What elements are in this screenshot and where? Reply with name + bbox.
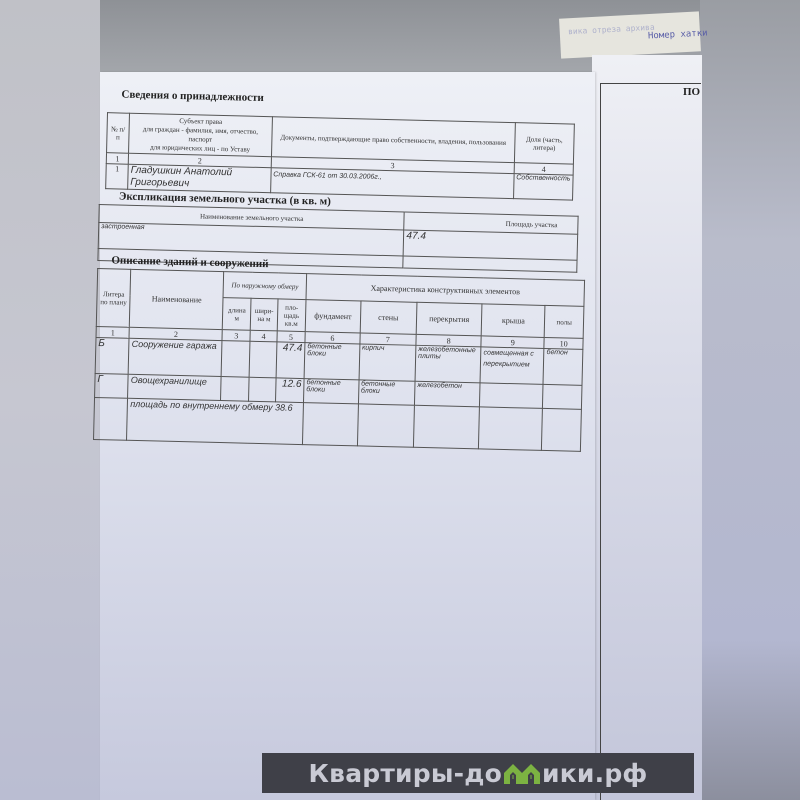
- header-floors-between: перекрытия: [416, 302, 482, 336]
- colnum: 4: [250, 330, 277, 342]
- colnum: 1: [106, 153, 128, 165]
- header-documents: Документы, подтверждающие право собствен…: [271, 117, 515, 163]
- header-length: длина м: [222, 298, 251, 331]
- houses-logo-icon: [503, 761, 541, 785]
- empty-cell: [413, 405, 479, 449]
- header-num: № п/п: [107, 113, 130, 154]
- header-area: пло-щадь кв.м: [277, 299, 306, 332]
- building-area: 12.6: [275, 378, 304, 403]
- colnum: 3: [222, 330, 250, 342]
- right-page-frame: [600, 83, 701, 800]
- ownership-share: Собственность: [513, 174, 573, 200]
- building-name: Сооружение гаража: [128, 338, 222, 376]
- watermark-text-after: ики.рф: [542, 759, 647, 788]
- header-outer: По наружному обмеру: [223, 272, 306, 300]
- building-length: [221, 377, 250, 402]
- ownership-table: № п/п Субъект права для граждан - фамили…: [105, 112, 575, 200]
- building-width: [249, 341, 276, 378]
- header-foundation: фундамент: [305, 300, 360, 333]
- empty-cell: [479, 407, 543, 451]
- inner-area-note: площадь по внутреннему обмеру 38.6: [127, 398, 304, 444]
- background-left: [0, 0, 100, 800]
- building-foundation: бетонные блоки: [304, 343, 360, 380]
- owner-name: Гладушкин Анатолий Григорьевич: [128, 164, 271, 192]
- header-litera: Литера по плану: [96, 269, 131, 328]
- right-page-title: ПО: [683, 86, 700, 98]
- building-floors: бетон: [543, 348, 583, 385]
- header-floors: полы: [544, 305, 583, 338]
- colnum: 5: [277, 331, 306, 343]
- colnum: 1: [96, 326, 130, 338]
- buildings-table: Литера по плану Наименование По наружном…: [93, 268, 585, 452]
- building-floors-between: железобетонные плиты: [415, 345, 481, 383]
- building-floors: [543, 384, 582, 409]
- building-walls: кирпич: [359, 344, 416, 381]
- header-name: Наименование: [130, 269, 224, 329]
- watermark-text-before: Квартиры-до: [309, 759, 502, 788]
- building-name: Овощехранилище: [128, 374, 221, 400]
- building-roof: [480, 383, 544, 409]
- building-litera: Б: [95, 337, 129, 374]
- building-width: [249, 377, 276, 402]
- header-share: Доля (часть, литера): [514, 123, 574, 164]
- header-roof: крыша: [482, 304, 546, 338]
- empty-cell: [302, 403, 358, 446]
- empty-cell: [357, 404, 414, 447]
- watermark-banner: Квартиры-до ики.рф: [262, 753, 694, 793]
- building-floors-between: железобетон: [414, 381, 480, 407]
- building-foundation: бетонные блоки: [304, 379, 359, 404]
- empty-cell: [94, 397, 128, 440]
- header-subject: Субъект права для граждан - фамилия, имя…: [129, 113, 273, 156]
- building-length: [221, 341, 250, 378]
- building-litera: Г: [95, 373, 129, 398]
- row-num: 1: [106, 164, 129, 190]
- header-width: шири-на м: [250, 298, 277, 331]
- background-right: [700, 0, 800, 800]
- ownership-document: Справка ГСК-61 от 30.03.2006г.,: [270, 168, 513, 199]
- building-area: 47.4: [276, 342, 305, 379]
- empty-cell: [542, 408, 582, 451]
- building-walls: бетонные блоки: [358, 380, 415, 405]
- building-roof: совмещенная с перекрытием: [480, 347, 544, 385]
- header-walls: стены: [360, 301, 417, 334]
